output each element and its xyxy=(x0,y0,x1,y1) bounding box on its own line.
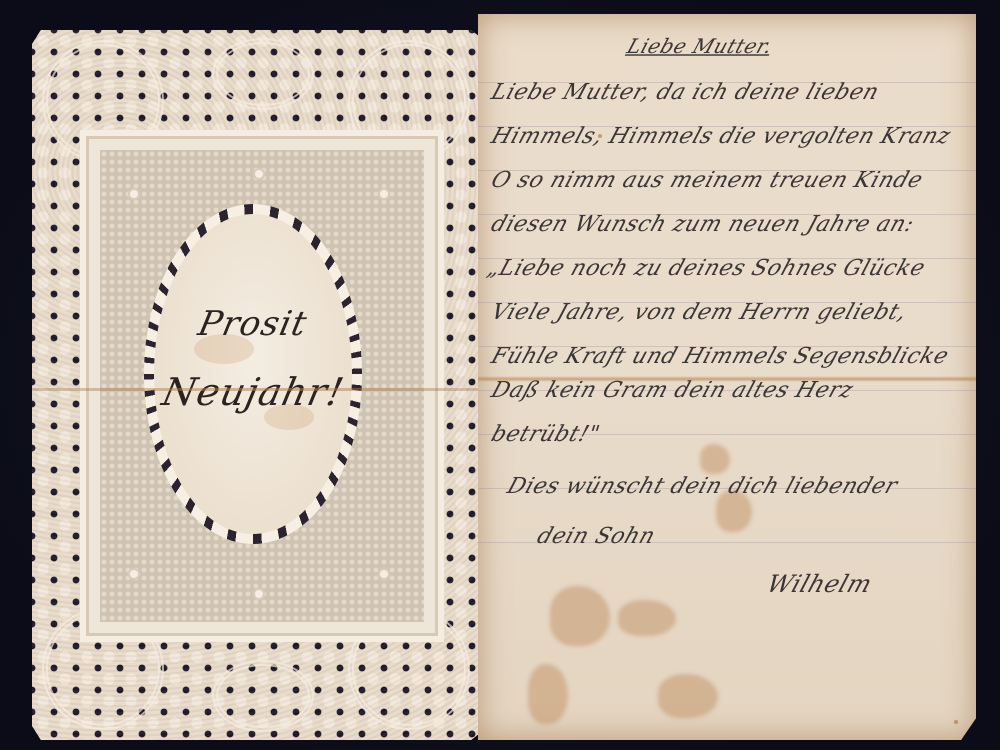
flower-icon xyxy=(380,570,388,578)
letter-signature: Wilhelm xyxy=(763,570,875,598)
handwritten-letter-page: Liebe Mutter. Liebe Mutter, da ich deine… xyxy=(478,14,976,740)
oval-lace-border: Prosit Neujahr! xyxy=(144,204,362,544)
flower-icon xyxy=(255,170,263,178)
letter-line-7: Fühle Kraft und Himmels Segensblicke xyxy=(488,344,952,369)
foxing-stain xyxy=(618,600,676,636)
letter-closing-son: dein Sohn xyxy=(534,524,659,549)
lace-ornament-top xyxy=(212,38,314,110)
letter-closing: Dies wünscht dein dich liebender xyxy=(504,474,901,499)
flower-icon xyxy=(380,190,388,198)
flower-icon xyxy=(130,570,138,578)
letter-line-5: „Liebe noch zu deines Sohnes Glücke xyxy=(484,256,928,281)
greeting-neujahr: Neujahr! xyxy=(158,370,348,414)
letter-line-9: betrübt!" xyxy=(488,422,603,447)
oval-greeting-medallion: Prosit Neujahr! xyxy=(154,214,352,534)
letter-line-2: Himmels, Himmels die vergolten Kranz xyxy=(488,124,954,149)
flower-icon xyxy=(130,190,138,198)
lace-ornament-bottom xyxy=(212,660,314,732)
foxing-stain xyxy=(658,674,718,718)
paper-lace-card: Prosit Neujahr! xyxy=(32,30,480,740)
embossed-inner-frame: Prosit Neujahr! xyxy=(80,130,444,642)
greeting-prosit: Prosit xyxy=(195,304,311,344)
foxing-stain xyxy=(528,664,568,724)
letter-line-4: diesen Wunsch zum neuen Jahre an: xyxy=(488,212,918,237)
letter-line-8: Daß kein Gram dein altes Herz xyxy=(488,378,857,403)
card-fold-crease xyxy=(32,388,480,391)
letter-line-3: O so nimm aus meinem treuen Kinde xyxy=(488,168,926,193)
letter-line-6: Viele Jahre, von dem Herrn geliebt, xyxy=(488,300,910,325)
foxing-stain xyxy=(550,586,610,646)
letter-salutation: Liebe Mutter. xyxy=(624,34,776,58)
foxing-stain xyxy=(700,444,730,474)
letter-line-1: Liebe Mutter, da ich deine lieben xyxy=(488,80,882,105)
flower-icon xyxy=(255,590,263,598)
ink-speck xyxy=(954,720,958,724)
